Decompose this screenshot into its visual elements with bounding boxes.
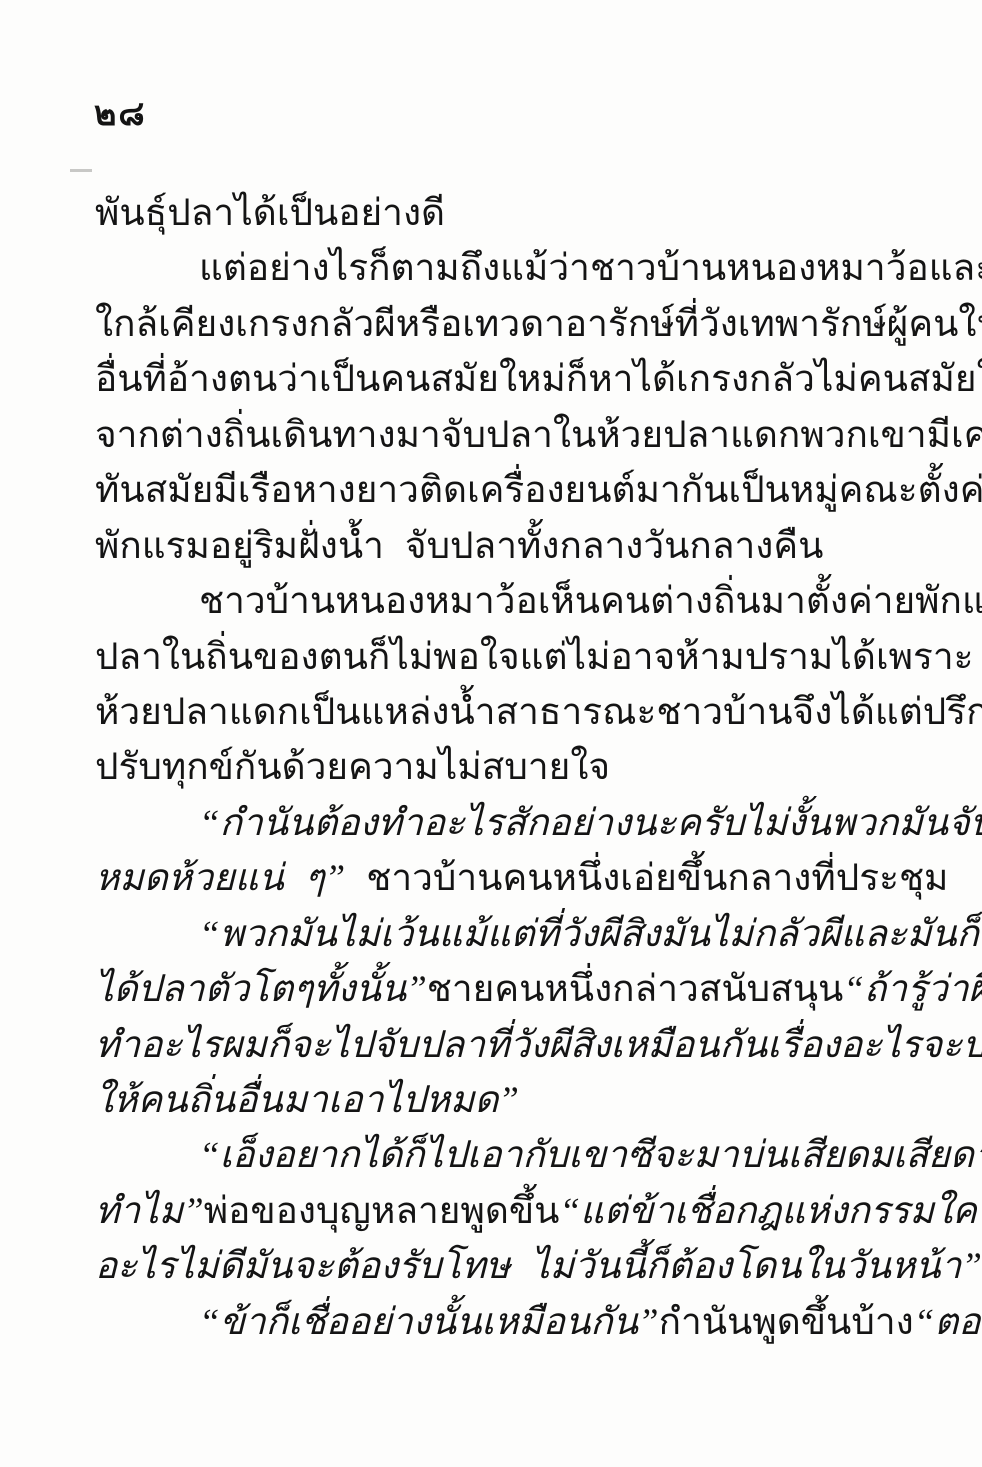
page-number: ๒๘: [94, 92, 147, 138]
narration-segment: ผู้คนในถิ่น: [887, 297, 982, 352]
narration-segment: มีเรือหางยาวติดเครื่องยนต์: [213, 463, 635, 518]
narration-segment: พันธุ์ปลาได้เป็นอย่างดี: [95, 186, 445, 241]
text-line: พักแรมอยู่ริมฝั่งน้ำจับปลาทั้งกลางวันกลา…: [95, 519, 892, 574]
text-line: “ข้าก็เชื่ออย่างนั้นเหมือนกัน”กำนันพูดขึ…: [95, 1295, 892, 1350]
dialogue-segment: “ข้าก็เชื่ออย่างนั้นเหมือนกัน”: [199, 1295, 659, 1350]
dialogue-segment: ได้ปลาตัวโต: [95, 962, 293, 1017]
narration-segment: เพราะ: [876, 630, 974, 685]
scan-artifact: [70, 169, 92, 172]
narration-segment: อื่นที่อ้างตนว่าเป็นคนสมัยใหม่ก็หาได้เกร…: [95, 352, 858, 407]
narration-segment: กำนันพูดขึ้นบ้าง: [659, 1295, 914, 1350]
text-line: ทำไม”พ่อของบุญหลายพูดขึ้น“แต่ข้าเชื่อกฎแ…: [95, 1184, 892, 1239]
dialogue-segment: “ถ้ารู้ว่าผีไม่: [843, 962, 982, 1017]
narration-segment: ตั้งค่าย: [918, 463, 982, 518]
narration-segment: จับปลาทั้งกลางวันกลางคืน: [405, 519, 824, 574]
text-line: “เอ็งอยากได้ก็ไปเอากับเขาซีจะมาบ่นเสียดม…: [95, 1128, 892, 1183]
dialogue-segment: และมันก็จับ: [840, 907, 982, 962]
dialogue-segment: ใครทำ: [934, 1184, 982, 1239]
narration-segment: พักแรมอยู่ริมฝั่งน้ำ: [95, 519, 384, 574]
narration-segment: แต่อย่างไรก็ตาม: [199, 241, 460, 296]
text-block: พันธุ์ปลาได้เป็นอย่างดีแต่อย่างไรก็ตามถึ…: [95, 186, 892, 1350]
dialogue-segment: อะไรไม่ดีมันจะต้องรับโทษ: [95, 1239, 510, 1294]
dialogue-segment: ๆ: [293, 962, 313, 1017]
narration-segment: จากต่างถิ่นเดินทางมาจับปลาในห้วยปลาแดก: [95, 408, 800, 463]
dialogue-segment: ทั้งนั้น”: [313, 962, 427, 1017]
narration-segment: คนสมัยใหม่: [858, 352, 982, 407]
narration-segment: แต่ไม่อาจห้ามปรามได้: [520, 630, 876, 685]
dialogue-segment: “แต่ข้าเชื่อกฎแห่งกรรม: [559, 1184, 934, 1239]
narration-segment: ถึงแม้ว่าชาวบ้านหนองหมาว้อและหมู่บ้าน: [460, 241, 982, 296]
dialogue-segment: เรื่องอะไรจะปล่อย: [767, 1018, 982, 1073]
dialogue-segment: “พวกมันไม่เว้นแม้แต่ที่วังผีสิง: [199, 907, 660, 962]
narration-segment: ชาวบ้านจึงได้แต่ปรึกษาหารือ: [656, 685, 982, 740]
narration-segment: ปลาในถิ่นของตนก็ไม่พอใจ: [95, 630, 520, 685]
narration-segment: ทันสมัย: [95, 463, 213, 518]
text-line: “พวกมันไม่เว้นแม้แต่ที่วังผีสิงมันไม่กลั…: [95, 907, 892, 962]
dialogue-segment: ทำอะไร: [95, 1018, 221, 1073]
text-line: อะไรไม่ดีมันจะต้องรับโทษไม่วันนี้ก็ต้องโ…: [95, 1239, 892, 1294]
text-line: หมดห้วยแน่ๆ”ชาวบ้านคนหนึ่งเอ่ยขึ้นกลางที…: [95, 851, 892, 906]
narration-segment: ใกล้เคียงเกรงกลัวผีหรือเทวดาอารักษ์ที่วั…: [95, 297, 887, 352]
dialogue-segment: ให้คนถิ่นอื่นมาเอาไปหมด”: [95, 1073, 519, 1128]
narration-segment: ชาวบ้านคนหนึ่งเอ่ยขึ้นกลางที่ประชุม: [366, 851, 948, 906]
text-line: ทันสมัยมีเรือหางยาวติดเครื่องยนต์มากันเป…: [95, 463, 892, 518]
text-line: ทำอะไรผมก็จะไปจับปลาที่วังผีสิงเหมือนกัน…: [95, 1018, 892, 1073]
text-line: ให้คนถิ่นอื่นมาเอาไปหมด”: [95, 1073, 892, 1128]
dialogue-segment: “กำนันต้องทำอะไรสักอย่างนะครับ: [199, 796, 744, 851]
text-line: พันธุ์ปลาได้เป็นอย่างดี: [95, 186, 892, 241]
text-line: ปรับทุกข์กันด้วยความไม่สบายใจ: [95, 740, 892, 795]
dialogue-segment: ไม่วันนี้ก็ต้องโดนในวันหน้า”: [531, 1239, 982, 1294]
dialogue-segment: ไม่งั้นพวกมันจับปลา: [744, 796, 982, 851]
dialogue-segment: ทำไม”: [95, 1184, 204, 1239]
dialogue-segment: จะมาบ่นเสียดมเสียดายอยู่: [652, 1128, 982, 1183]
dialogue-segment: ผมก็จะไปจับปลาที่วังผีสิงเหมือนกัน: [221, 1018, 767, 1073]
text-line: ปลาในถิ่นของตนก็ไม่พอใจแต่ไม่อาจห้ามปราม…: [95, 630, 892, 685]
text-line: ได้ปลาตัวโตๆทั้งนั้น”ชายคนหนึ่งกล่าวสนับ…: [95, 962, 892, 1017]
text-line: “กำนันต้องทำอะไรสักอย่างนะครับไม่งั้นพวก…: [95, 796, 892, 851]
narration-segment: ชายคนหนึ่งกล่าวสนับสนุน: [427, 962, 844, 1017]
narration-segment: พ่อของบุญหลายพูดขึ้น: [204, 1184, 560, 1239]
text-line: ห้วยปลาแดกเป็นแหล่งน้ำสาธารณะชาวบ้านจึงไ…: [95, 685, 892, 740]
dialogue-segment: ๆ”: [305, 851, 345, 906]
text-line: จากต่างถิ่นเดินทางมาจับปลาในห้วยปลาแดกพว…: [95, 408, 892, 463]
text-line: แต่อย่างไรก็ตามถึงแม้ว่าชาวบ้านหนองหมาว้…: [95, 241, 892, 296]
narration-segment: ห้วยปลาแดกเป็นแหล่งน้ำสาธารณะ: [95, 685, 656, 740]
dialogue-segment: หมดห้วยแน่: [95, 851, 284, 906]
narration-segment: มากันเป็นหมู่คณะ: [636, 463, 918, 518]
dialogue-segment: “เอ็งอยากได้ก็ไปเอากับเขาซี: [199, 1128, 652, 1183]
dialogue-segment: “ตอนนี้: [914, 1295, 982, 1350]
narration-segment: ชาวบ้านหนองหมาว้อเห็นคนต่างถิ่นมาตั้งค่า…: [199, 574, 982, 629]
text-line: ชาวบ้านหนองหมาว้อเห็นคนต่างถิ่นมาตั้งค่า…: [95, 574, 892, 629]
text-line: อื่นที่อ้างตนว่าเป็นคนสมัยใหม่ก็หาได้เกร…: [95, 352, 892, 407]
book-page: ๒๘ พันธุ์ปลาได้เป็นอย่างดีแต่อย่างไรก็ตา…: [0, 0, 982, 1467]
dialogue-segment: มันไม่กลัวผี: [660, 907, 840, 962]
narration-segment: พวกเขามีเครื่องมือ: [800, 408, 982, 463]
narration-segment: ปรับทุกข์กันด้วยความไม่สบายใจ: [95, 740, 610, 795]
text-line: ใกล้เคียงเกรงกลัวผีหรือเทวดาอารักษ์ที่วั…: [95, 297, 892, 352]
